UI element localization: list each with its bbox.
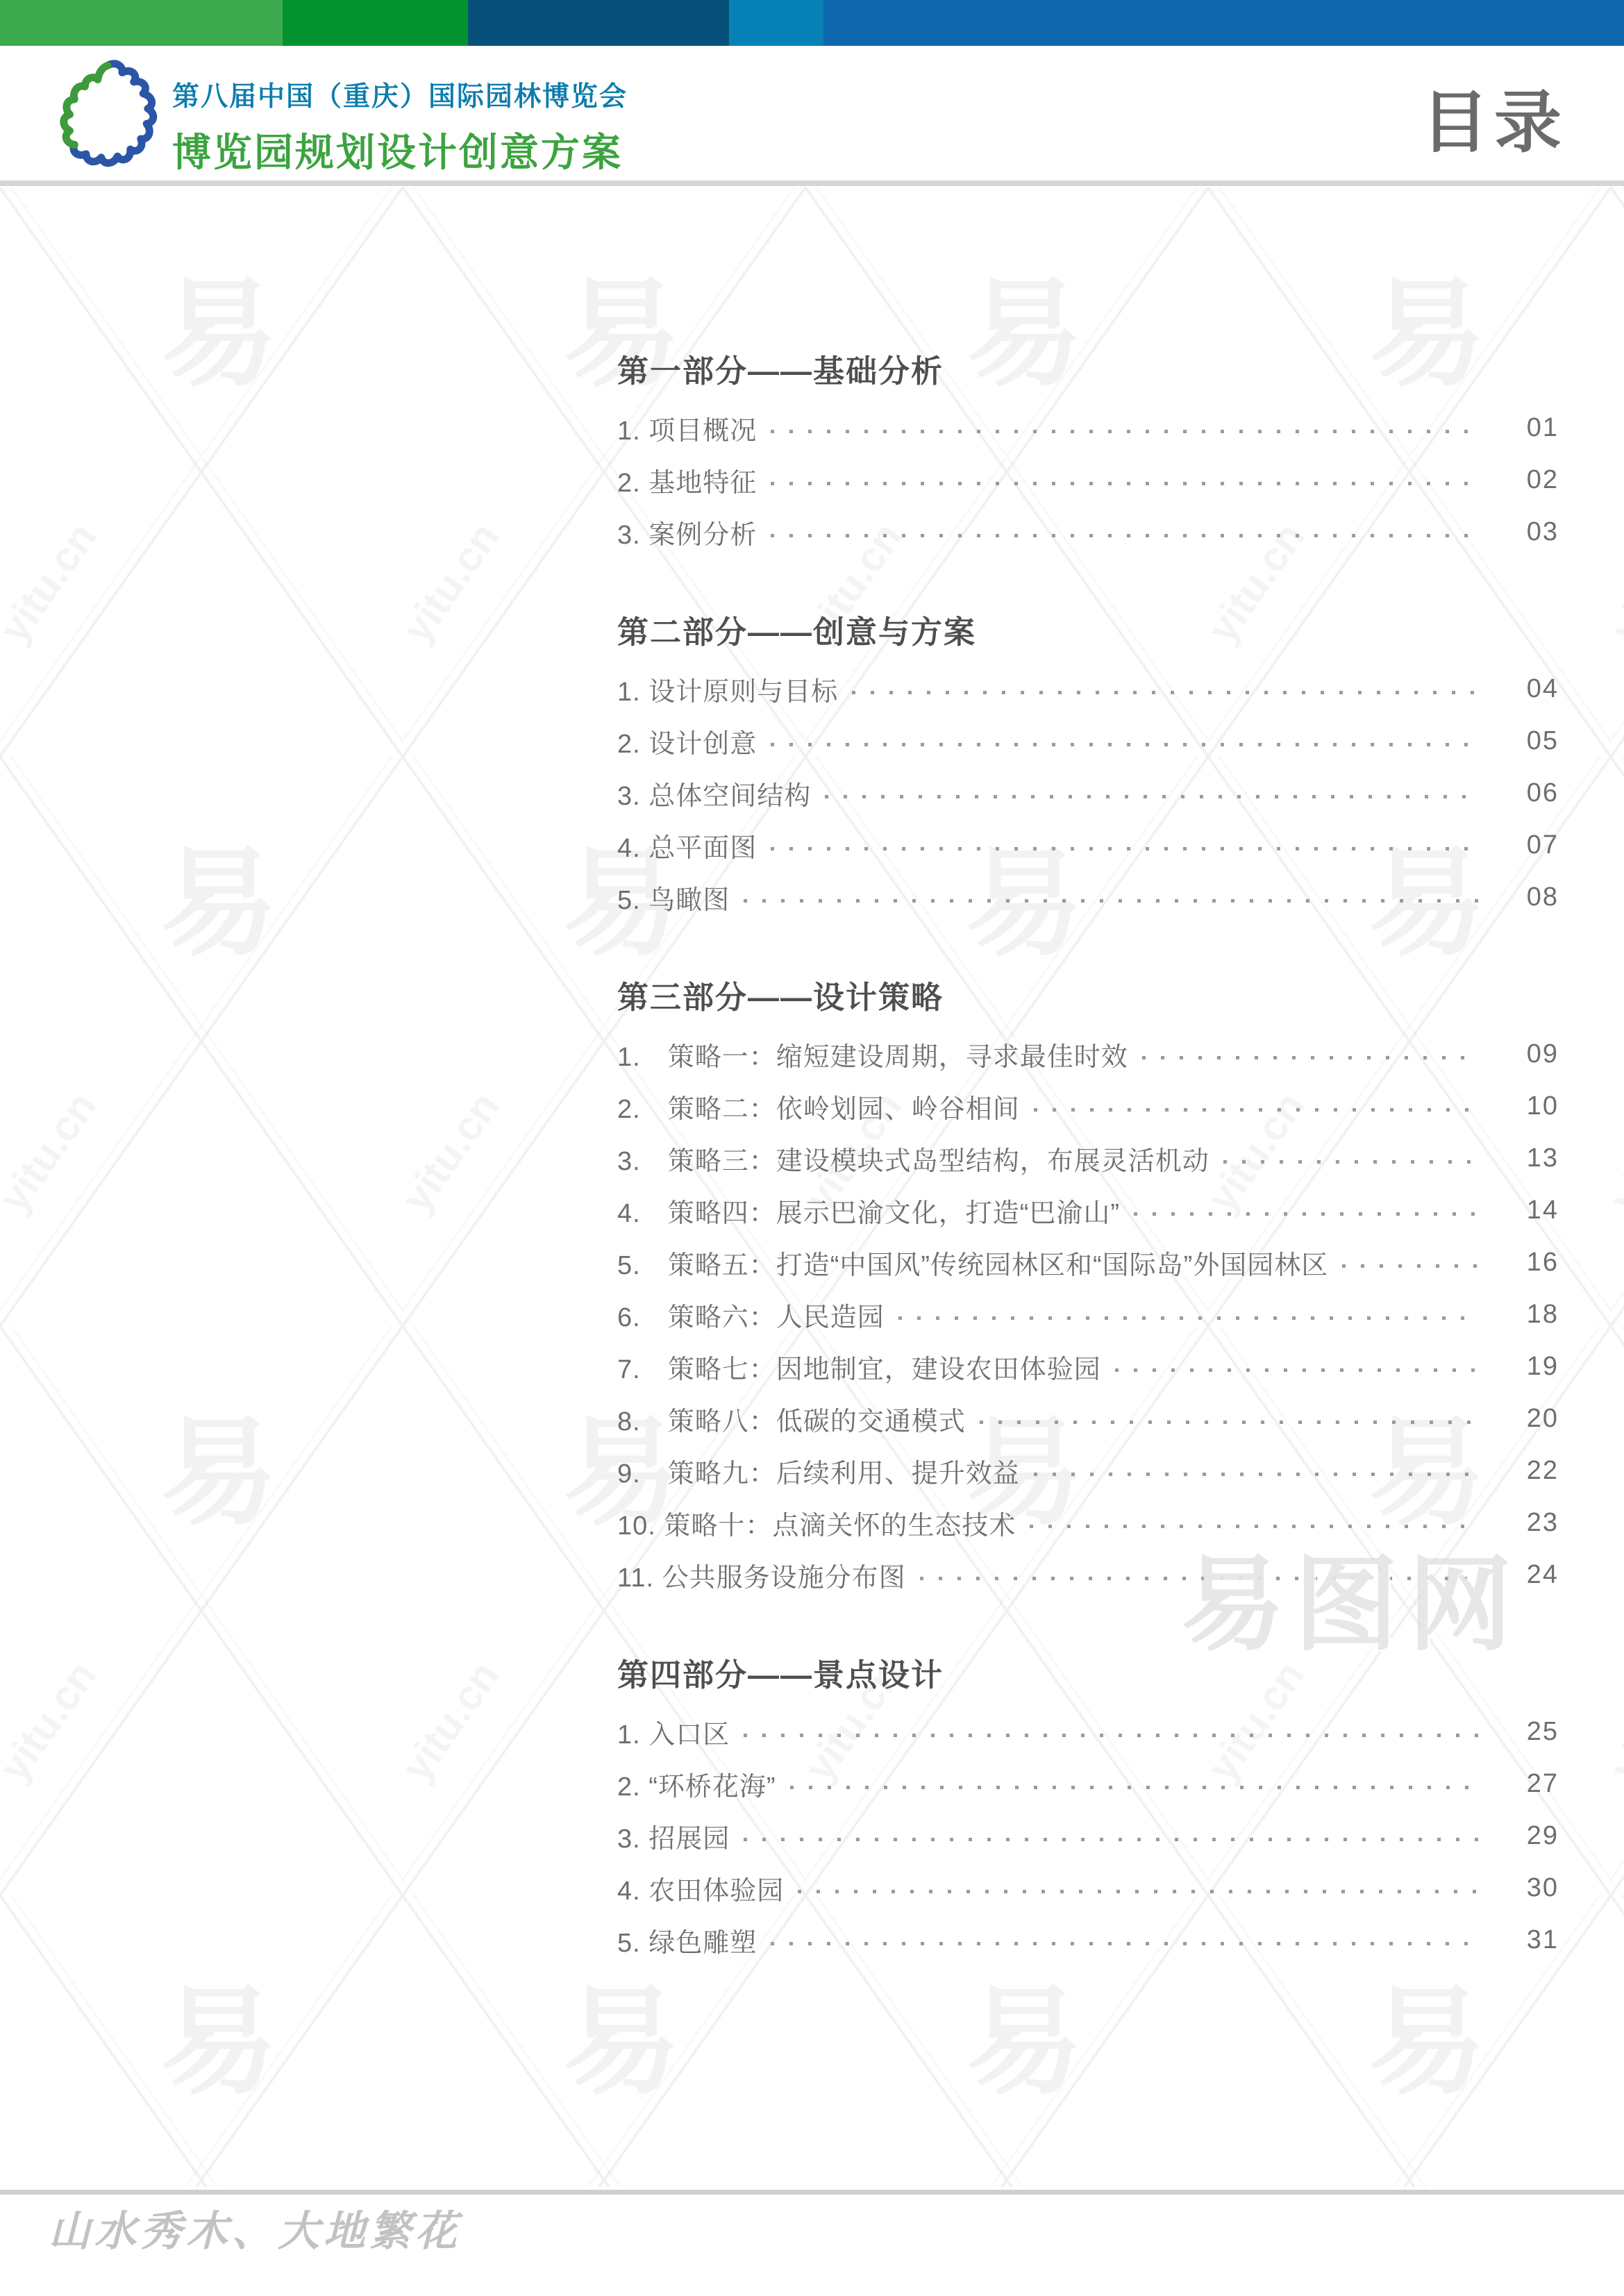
- toc-entry-label: 3. 策略三：建设模块式岛型结构，布展灵活机动: [617, 1139, 1209, 1178]
- footer-slogan: 山水秀木、大地繁花: [49, 2198, 461, 2258]
- toc-entry-page: 09: [1496, 1039, 1559, 1069]
- toc-entry-label: 8. 策略八：低碳的交通模式: [617, 1400, 966, 1438]
- toc-entry[interactable]: 4. 总平面图07: [617, 819, 1559, 871]
- toc-entry-label: 6. 策略六：人民造园: [617, 1296, 885, 1334]
- toc-entry-label: 1. 设计原则与目标: [617, 670, 838, 708]
- dot-leader: [744, 1734, 1480, 1737]
- toc-entry[interactable]: 2. 基地特征02: [617, 454, 1559, 506]
- toc-entry-label: 2. 基地特征: [617, 461, 757, 499]
- toc-entry[interactable]: 11. 公共服务设施分布图24: [617, 1549, 1559, 1601]
- toc-entry-label: 3. 总体空间结构: [617, 774, 811, 812]
- toc-entry-page: 18: [1496, 1300, 1559, 1330]
- toc-entry[interactable]: 1. 策略一：缩短建设周期，寻求最佳时效09: [617, 1028, 1559, 1080]
- top-accent-bar: [0, 0, 1624, 46]
- toc-entry-label: 10. 策略十：点滴关怀的生态技术: [617, 1504, 1016, 1542]
- toc-entry[interactable]: 5. 绿色雕塑31: [617, 1914, 1559, 1966]
- toc-section: 第三部分——设计策略1. 策略一：缩短建设周期，寻求最佳时效092. 策略二：依…: [617, 982, 1559, 1601]
- toc-entry-label: 2. “环桥花海”: [617, 1765, 776, 1803]
- toc-entry-page: 14: [1496, 1196, 1559, 1225]
- toc-entry-page: 02: [1496, 465, 1559, 495]
- toc-entry[interactable]: 1. 设计原则与目标04: [617, 663, 1559, 715]
- dot-leader: [825, 795, 1480, 798]
- toc-entry[interactable]: 8. 策略八：低碳的交通模式20: [617, 1393, 1559, 1445]
- dot-leader: [771, 847, 1480, 850]
- toc-entry-page: 10: [1496, 1091, 1559, 1121]
- toc-entry[interactable]: 2. 设计创意05: [617, 715, 1559, 767]
- toc-entry[interactable]: 9. 策略九：后续利用、提升效益22: [617, 1445, 1559, 1497]
- toc-entry-label: 11. 公共服务设施分布图: [617, 1556, 906, 1594]
- toc-entry[interactable]: 5. 策略五：打造“中国风”传统园林区和“国际岛”外国园林区16: [617, 1237, 1559, 1289]
- toc-entry[interactable]: 3. 招展园29: [617, 1810, 1559, 1862]
- toc-entry-page: 07: [1496, 830, 1559, 860]
- dot-leader: [771, 482, 1480, 485]
- toc-entry-label: 7. 策略七：因地制宜，建设农田体验园: [617, 1348, 1101, 1386]
- toc-entry-page: 13: [1496, 1143, 1559, 1173]
- toc: 第一部分——基础分析1. 项目概况012. 基地特征023. 案例分析03第二部…: [617, 355, 1559, 2025]
- toc-entry-label: 4. 农田体验园: [617, 1869, 784, 1907]
- toc-entry[interactable]: 5. 鸟瞰图08: [617, 871, 1559, 923]
- toc-entry-page: 01: [1496, 413, 1559, 443]
- top-accent-segment: [729, 0, 823, 46]
- toc-entry-label: 4. 总平面图: [617, 826, 757, 864]
- dot-leader: [898, 1316, 1480, 1320]
- dot-leader: [744, 899, 1480, 903]
- toc-entry-label: 4. 策略四：展示巴渝文化，打造“巴渝山”: [617, 1191, 1120, 1230]
- page-title: 目录: [1421, 68, 1567, 165]
- toc-entry[interactable]: 3. 策略三：建设模块式岛型结构，布展灵活机动13: [617, 1132, 1559, 1184]
- dot-leader: [1223, 1160, 1480, 1164]
- toc-entry-page: 08: [1496, 882, 1559, 912]
- dot-leader: [920, 1577, 1480, 1580]
- dot-leader: [744, 1838, 1480, 1841]
- dot-leader: [852, 691, 1480, 694]
- toc-entry[interactable]: 4. 策略四：展示巴渝文化，打造“巴渝山”14: [617, 1184, 1559, 1237]
- toc-entry-label: 3. 案例分析: [617, 513, 757, 551]
- toc-entry[interactable]: 10. 策略十：点滴关怀的生态技术23: [617, 1497, 1559, 1549]
- expo-name: 第八届中国（重庆）国际园林博览会: [172, 75, 628, 114]
- toc-entry[interactable]: 7. 策略七：因地制宜，建设农田体验园19: [617, 1341, 1559, 1393]
- dot-leader: [1115, 1368, 1480, 1372]
- dot-leader: [771, 430, 1480, 433]
- toc-entry-page: 03: [1496, 517, 1559, 547]
- toc-entry-page: 06: [1496, 778, 1559, 808]
- toc-entry-label: 5. 鸟瞰图: [617, 878, 730, 916]
- dot-leader: [771, 534, 1480, 537]
- toc-entry[interactable]: 1. 项目概况01: [617, 402, 1559, 454]
- toc-section: 第一部分——基础分析1. 项目概况012. 基地特征023. 案例分析03: [617, 355, 1559, 558]
- toc-section: 第二部分——创意与方案1. 设计原则与目标042. 设计创意053. 总体空间结…: [617, 617, 1559, 923]
- toc-entry-label: 2. 策略二：依岭划园、岭谷相间: [617, 1087, 1020, 1125]
- toc-entry-label: 9. 策略九：后续利用、提升效益: [617, 1452, 1020, 1490]
- toc-entry-page: 22: [1496, 1456, 1559, 1486]
- toc-entry-page: 31: [1496, 1925, 1559, 1955]
- dot-leader: [1342, 1264, 1480, 1268]
- header-divider: [0, 181, 1624, 186]
- dot-leader: [1142, 1056, 1480, 1059]
- toc-entry-page: 23: [1496, 1508, 1559, 1538]
- toc-entry[interactable]: 6. 策略六：人民造园18: [617, 1289, 1559, 1341]
- toc-entry-label: 2. 设计创意: [617, 722, 757, 760]
- toc-entry-page: 30: [1496, 1873, 1559, 1903]
- toc-entry-label: 1. 项目概况: [617, 409, 757, 447]
- brand-block: 第八届中国（重庆）国际园林博览会 博览园规划设计创意方案: [172, 75, 628, 178]
- top-accent-segment: [468, 0, 730, 46]
- dot-leader: [980, 1421, 1480, 1424]
- document-subtitle: 博览园规划设计创意方案: [172, 122, 628, 178]
- toc-entry-label: 1. 入口区: [617, 1713, 730, 1751]
- section-title: 第一部分——基础分析: [617, 355, 1559, 387]
- dot-leader: [1034, 1108, 1480, 1112]
- dot-leader: [1134, 1212, 1480, 1216]
- top-accent-segment: [823, 0, 1624, 46]
- footer-divider: [0, 2190, 1624, 2195]
- toc-entry-page: 04: [1496, 674, 1559, 704]
- toc-entry-page: 29: [1496, 1821, 1559, 1851]
- dot-leader: [790, 1786, 1480, 1789]
- toc-entry-label: 1. 策略一：缩短建设周期，寻求最佳时效: [617, 1035, 1128, 1073]
- section-title: 第二部分——创意与方案: [617, 617, 1559, 648]
- toc-entry[interactable]: 3. 案例分析03: [617, 506, 1559, 558]
- toc-entry-page: 24: [1496, 1560, 1559, 1590]
- toc-entry[interactable]: 2. 策略二：依岭划园、岭谷相间10: [617, 1080, 1559, 1132]
- dot-leader: [1034, 1473, 1480, 1476]
- toc-section: 第四部分——景点设计1. 入口区252. “环桥花海”273. 招展园294. …: [617, 1659, 1559, 1966]
- top-accent-segment: [0, 0, 283, 46]
- toc-entry-label: 5. 绿色雕塑: [617, 1921, 757, 1959]
- expo-logo-icon: [35, 53, 181, 175]
- toc-entry-page: 16: [1496, 1248, 1559, 1277]
- toc-entry[interactable]: 3. 总体空间结构06: [617, 767, 1559, 819]
- dot-leader: [1030, 1525, 1480, 1528]
- toc-entry-label: 3. 招展园: [617, 1817, 730, 1855]
- section-title: 第三部分——设计策略: [617, 982, 1559, 1013]
- document-page: 第八届中国（重庆）国际园林博览会 博览园规划设计创意方案 目录 第一部分——基础…: [0, 0, 1624, 2296]
- toc-entry-page: 05: [1496, 726, 1559, 756]
- toc-entry[interactable]: 4. 农田体验园30: [617, 1862, 1559, 1914]
- toc-entry[interactable]: 1. 入口区25: [617, 1706, 1559, 1758]
- toc-entry[interactable]: 2. “环桥花海”27: [617, 1758, 1559, 1810]
- expo-logo-green-path: [64, 65, 108, 144]
- dot-leader: [798, 1890, 1480, 1893]
- section-title: 第四部分——景点设计: [617, 1659, 1559, 1691]
- dot-leader: [771, 1942, 1480, 1945]
- dot-leader: [771, 743, 1480, 746]
- toc-entry-page: 19: [1496, 1352, 1559, 1382]
- toc-entry-page: 27: [1496, 1769, 1559, 1799]
- toc-entry-page: 20: [1496, 1404, 1559, 1434]
- toc-entry-page: 25: [1496, 1717, 1559, 1747]
- top-accent-segment: [283, 0, 468, 46]
- toc-entry-label: 5. 策略五：打造“中国风”传统园林区和“国际岛”外国园林区: [617, 1243, 1328, 1282]
